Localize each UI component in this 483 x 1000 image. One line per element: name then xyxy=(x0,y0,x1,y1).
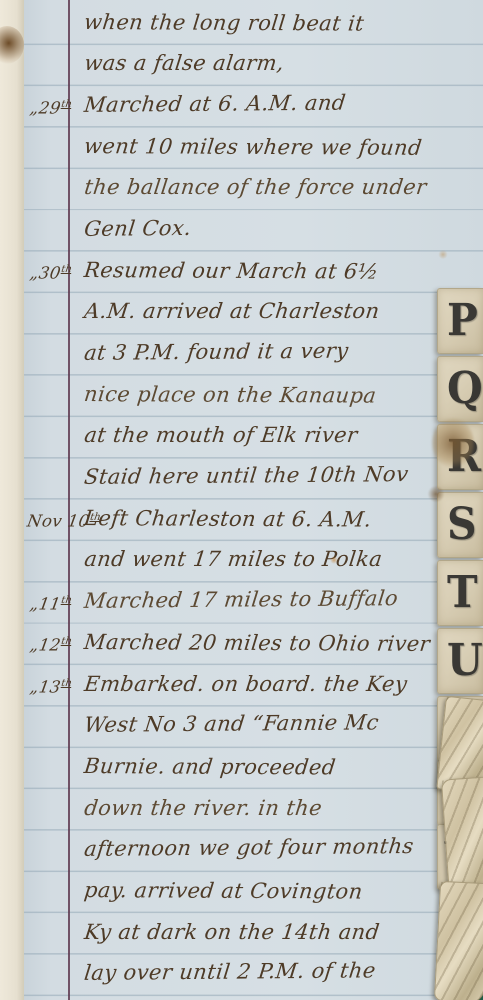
journal-line: lay over until 2 P.M. of the xyxy=(24,953,483,994)
journal-line: A.M. arrived at Charleston xyxy=(24,291,483,332)
entry-text: Genl Cox. xyxy=(71,208,194,249)
handwritten-entries: when the long roll beat it was a false a… xyxy=(24,2,483,994)
journal-line: afternoon we got four months xyxy=(24,829,483,870)
entry-text: went 10 miles where we found xyxy=(71,126,424,168)
entry-text: at 3 P.M. found it a very xyxy=(71,330,351,372)
entry-text: Resumed our March at 6½ xyxy=(71,250,381,292)
entry-text: the ballance of the force under xyxy=(71,167,429,207)
index-tab: R xyxy=(437,424,483,490)
entry-text: Marched at 6. A.M. and xyxy=(71,82,348,124)
journal-line: „30thResumed our March at 6½ xyxy=(24,250,483,291)
entry-text: and went 17 miles to Polka xyxy=(71,539,385,579)
entry-text: nice place on the Kanaupa xyxy=(71,374,379,416)
entry-text: Left Charleston at 6. A.M. xyxy=(71,498,374,540)
journal-line: Staid here until the 10th Nov xyxy=(24,457,483,498)
journal-line: down the river. in the xyxy=(24,788,483,829)
margin-date: „11th xyxy=(24,581,78,625)
index-tab: T xyxy=(437,560,483,626)
journal-line: and went 17 miles to Polka xyxy=(24,539,483,580)
margin-date: „12th xyxy=(24,622,78,666)
entry-text: down the river. in the xyxy=(71,788,324,828)
torn-paper-fragment xyxy=(434,881,483,1000)
journal-line: pay. arrived at Covington xyxy=(24,870,483,911)
entry-text: Ky at dark on the 14th and xyxy=(71,912,382,952)
journal-line: was a false alarm, xyxy=(24,43,483,84)
entry-text: Burnie. and proceeded xyxy=(71,746,338,787)
tab-letter: U xyxy=(447,634,483,686)
index-tab: U xyxy=(437,628,483,694)
entry-text: A.M. arrived at Charleston xyxy=(71,291,382,331)
journal-line: „13thEmbarked. on board. the Key xyxy=(24,664,483,705)
entry-text: afternoon we got four months xyxy=(71,826,416,869)
tab-letter: P xyxy=(447,294,478,346)
diary-photo: when the long roll beat it was a false a… xyxy=(0,0,483,1000)
entry-text: Staid here until the 10th Nov xyxy=(71,454,411,497)
journal-line: went 10 miles where we found xyxy=(24,126,483,167)
tab-letter: R xyxy=(447,430,481,482)
entry-text: Marched 17 miles to Buffalo xyxy=(71,578,400,621)
tab-letter: S xyxy=(447,498,477,550)
journal-line: Ky at dark on the 14th and xyxy=(24,912,483,953)
index-tab: S xyxy=(437,492,483,558)
journal-line: the ballance of the force under xyxy=(24,167,483,208)
journal-line: Genl Cox. xyxy=(24,209,483,250)
journal-line: Burnie. and proceeded xyxy=(24,746,483,787)
journal-line: when the long roll beat it xyxy=(24,2,483,43)
journal-line: „11thMarched 17 miles to Buffalo xyxy=(24,581,483,622)
entry-text: pay. arrived at Covington xyxy=(71,870,365,912)
entry-text: when the long roll beat it xyxy=(71,2,366,44)
entry-text: was a false alarm, xyxy=(71,43,287,83)
journal-line: nice place on the Kanaupa xyxy=(24,374,483,415)
journal-page: when the long roll beat it was a false a… xyxy=(24,0,483,1000)
journal-line: West No 3 and “Fannie Mc xyxy=(24,705,483,746)
margin-date: „13th xyxy=(24,664,78,708)
journal-line: „29thMarched at 6. A.M. and xyxy=(24,85,483,126)
index-tab: P xyxy=(437,288,483,354)
entry-text: Embarked. on board. the Key xyxy=(71,664,410,704)
entry-text: at the mouth of Elk river xyxy=(71,415,360,455)
journal-line: at the mouth of Elk river xyxy=(24,415,483,456)
index-tab: Q xyxy=(437,356,483,422)
margin-date: „30th xyxy=(24,250,78,294)
entry-text: lay over until 2 P.M. of the xyxy=(71,950,378,993)
journal-line: at 3 P.M. found it a very xyxy=(24,333,483,374)
tab-letter: T xyxy=(447,566,478,618)
margin-date: „29th xyxy=(24,85,78,129)
journal-line: Nov 10thLeft Charleston at 6. A.M. xyxy=(24,498,483,539)
journal-line: „12thMarched 20 miles to Ohio river xyxy=(24,622,483,663)
entry-text: Marched 20 miles to Ohio river xyxy=(71,622,432,664)
margin-date: Nov 10th xyxy=(24,498,78,542)
tab-letter: Q xyxy=(447,362,483,414)
entry-text: West No 3 and “Fannie Mc xyxy=(71,702,381,745)
